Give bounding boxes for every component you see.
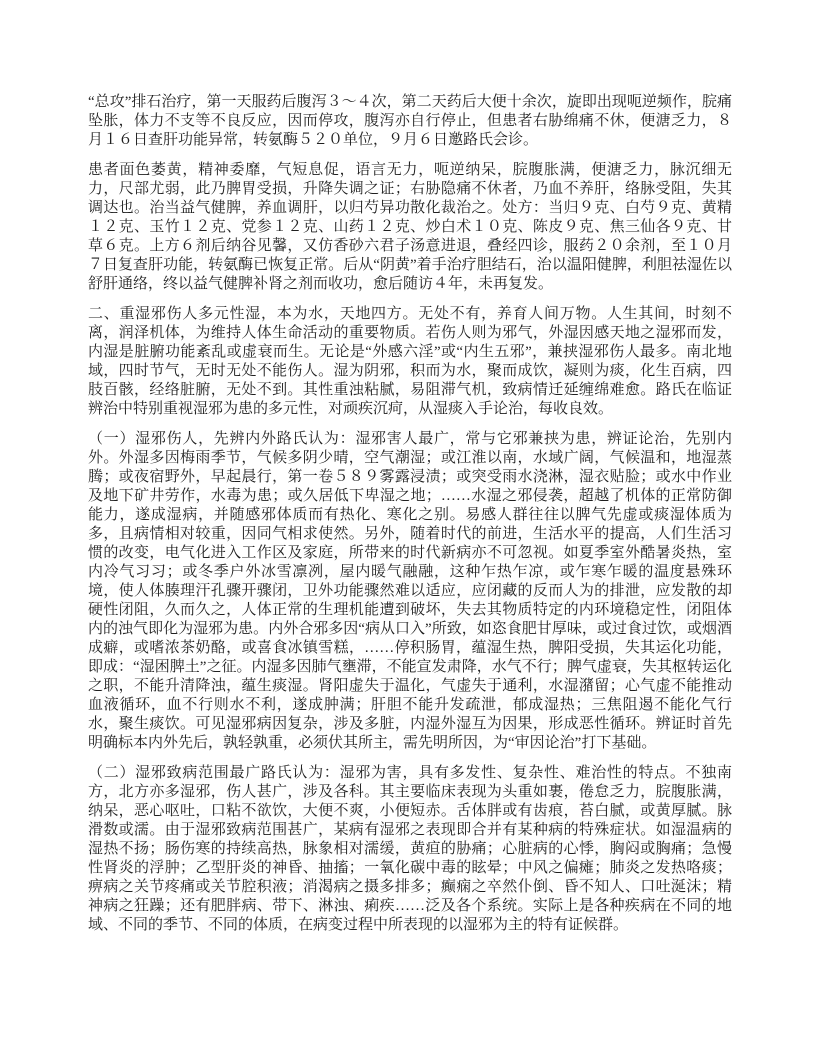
paragraph-subsection-two: （二）湿邪致病范围最广路氏认为：湿邪为害，具有多发性、复杂性、难治性的特点。不独… [88,764,732,935]
paragraph-patient-presentation: 患者面色萎黄，精神委靡，气短息促，语言无力，呃逆纳呆，脘腹胀满，便溏乏力，脉沉细… [88,161,732,294]
document-page: “总攻”排石治疗，第一天服药后腹泻３～４次，第二天药后大便十余次，旋即出现呃逆频… [0,0,816,1056]
paragraph-section-two-intro: 二、重湿邪伤人多元性湿，本为水，天地四方。无处不有，养育人间万物。人生其间，时刻… [88,305,732,419]
paragraph-case-treatment: “总攻”排石治疗，第一天服药后腹泻３～４次，第二天药后大便十余次，旋即出现呃逆频… [88,93,732,150]
paragraph-subsection-one: （一）湿邪伤人，先辨内外路氏认为：湿邪害人最广，常与它邪兼挟为患，辨证论治，先别… [88,430,732,753]
